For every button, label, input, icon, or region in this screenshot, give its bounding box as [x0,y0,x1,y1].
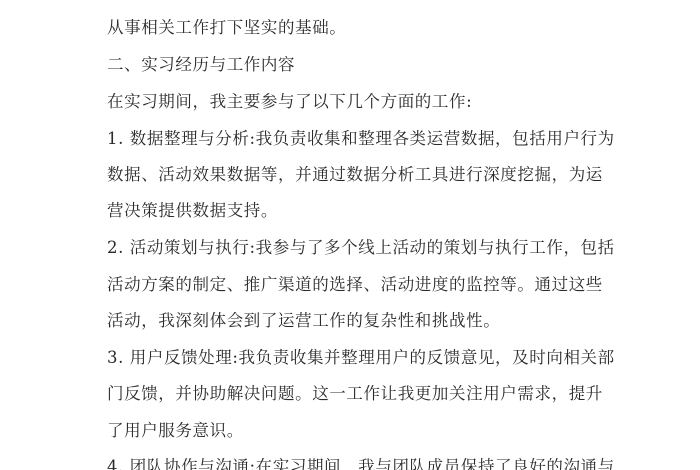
list-item-line: 2. 活动策划与执行:我参与了多个线上活动的策划与执行工作，包括 [107,238,597,258]
list-item-line: 1. 数据整理与分析:我负责收集和整理各类运营数据，包括用户行为 [107,129,597,149]
list-item-line: 门反馈，并协助解决问题。这一工作让我更加关注用户需求，提升 [107,384,597,404]
list-item-line: 活动，我深刻体会到了运营工作的复杂性和挑战性。 [107,311,597,331]
list-item-line: 4. 团队协作与沟通:在实习期间，我与团队成员保持了良好的沟通与 [107,457,597,470]
document-page: 从事相关工作打下坚实的基础。 二、实习经历与工作内容 在实习期间，我主要参与了以… [0,0,700,470]
list-item-line: 了用户服务意识。 [107,421,597,441]
list-item-line: 活动方案的制定、推广渠道的选择、活动进度的监控等。通过这些 [107,275,597,295]
section-heading: 二、实习经历与工作内容 [107,55,597,75]
list-item-line: 数据、活动效果数据等，并通过数据分析工具进行深度挖掘，为运 [107,165,597,185]
intro-paragraph: 在实习期间，我主要参与了以下几个方面的工作: [107,92,597,112]
list-item-line: 营决策提供数据支持。 [107,201,597,221]
list-item-line: 3. 用户反馈处理:我负责收集并整理用户的反馈意见，及时向相关部 [107,348,597,368]
text-line-continuation: 从事相关工作打下坚实的基础。 [107,18,597,38]
